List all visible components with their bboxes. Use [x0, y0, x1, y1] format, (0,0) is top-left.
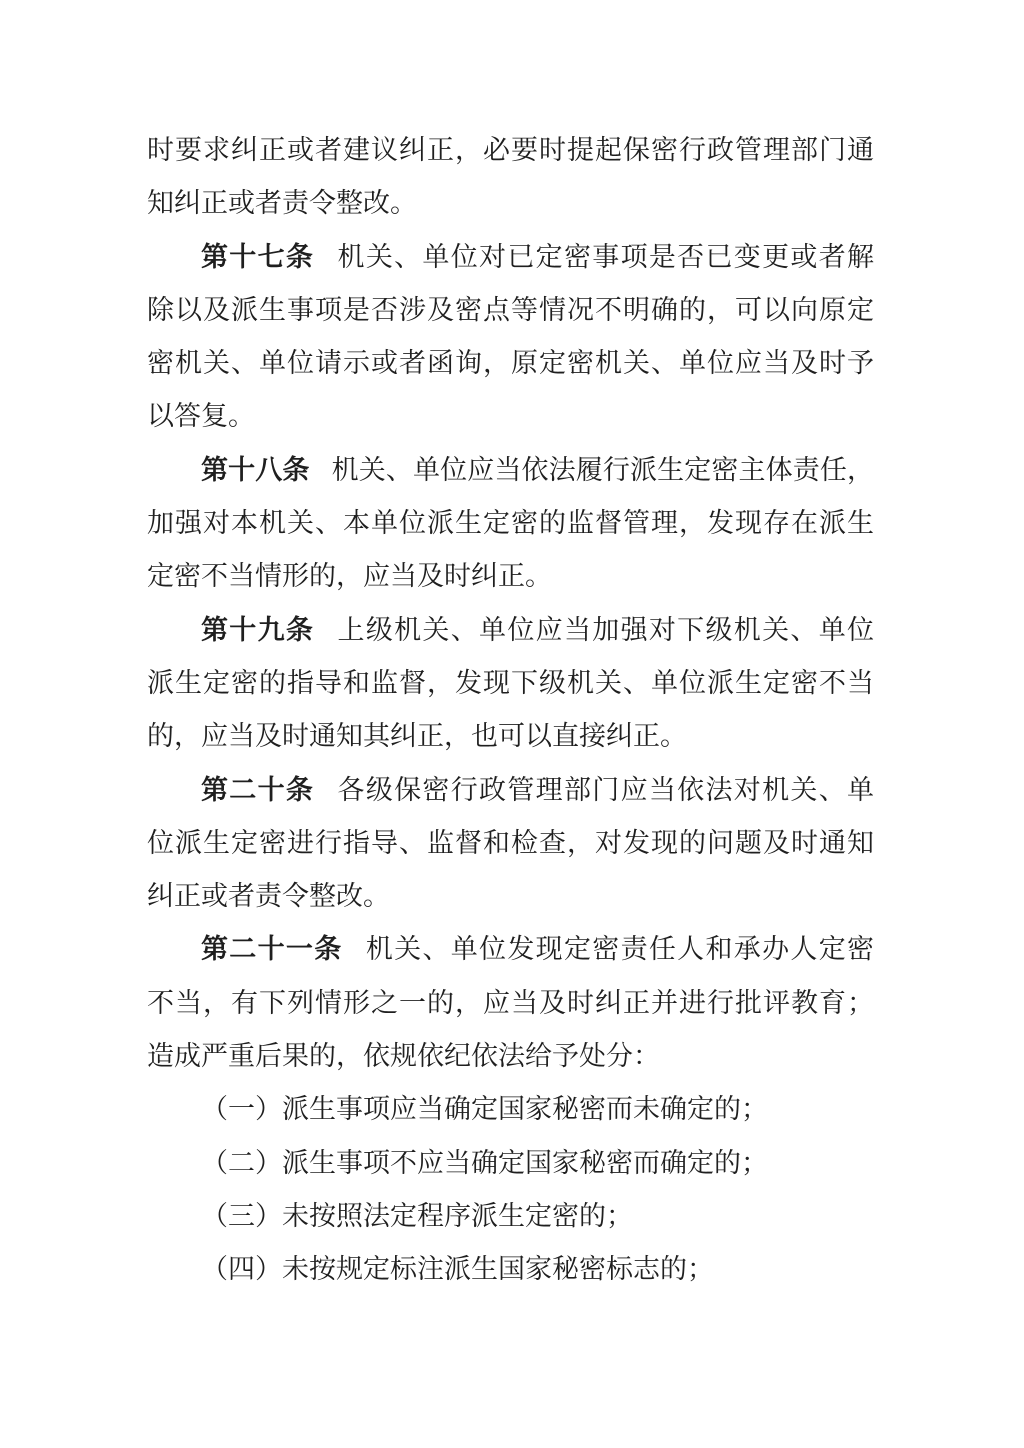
- line-text: 不当，有下列情形之一的，应当及时纠正并进行批评教育；: [147, 988, 874, 1018]
- line-text: 各级保密行政管理部门应当依法对机关、单: [336, 775, 874, 805]
- document-line: 纠正或者责令整改。: [147, 870, 874, 923]
- line-text: （二）派生事项不应当确定国家秘密而确定的；: [201, 1148, 768, 1178]
- article-17: 第十七条机关、单位对已定密事项是否已变更或者解除以及派生事项是否涉及密点等情况不…: [147, 231, 874, 444]
- document-line: 知纠正或者责令整改。: [147, 177, 874, 230]
- article-number-gap: [343, 957, 365, 958]
- document-line: 第二十条各级保密行政管理部门应当依法对机关、单: [147, 764, 874, 817]
- article-20: 第二十条各级保密行政管理部门应当依法对机关、单位派生定密进行指导、监督和检查，对…: [147, 764, 874, 924]
- document-line: （四）未按规定标注派生国家秘密标志的；: [147, 1243, 874, 1296]
- line-text: 机关、单位对已定密事项是否已变更或者解: [336, 242, 874, 272]
- line-text: 的，应当及时通知其纠正，也可以直接纠正。: [147, 721, 687, 751]
- line-text: 时要求纠正或者建议纠正，必要时提起保密行政管理部门通: [147, 135, 874, 165]
- document-line: 不当，有下列情形之一的，应当及时纠正并进行批评教育；: [147, 977, 874, 1030]
- document-line: 定密不当情形的，应当及时纠正。: [147, 550, 874, 603]
- article-number: 第十八条: [201, 455, 310, 485]
- line-text: 机关、单位应当依法履行派生定密主体责任，: [332, 455, 875, 485]
- line-text: 上级机关、单位应当加强对下级机关、单位: [336, 615, 874, 645]
- line-text: 加强对本机关、本单位派生定密的监督管理，发现存在派生: [147, 508, 874, 538]
- document-line: 时要求纠正或者建议纠正，必要时提起保密行政管理部门通: [147, 124, 874, 177]
- line-text: 除以及派生事项是否涉及密点等情况不明确的，可以向原定: [147, 295, 874, 325]
- line-text: 以答复。: [147, 401, 255, 431]
- article-18: 第十八条机关、单位应当依法履行派生定密主体责任，加强对本机关、本单位派生定密的监…: [147, 444, 874, 604]
- document-line: （二）派生事项不应当确定国家秘密而确定的；: [147, 1137, 874, 1190]
- document-line: 第十九条上级机关、单位应当加强对下级机关、单位: [147, 604, 874, 657]
- line-text: 位派生定密进行指导、监督和检查，对发现的问题及时通知: [147, 828, 874, 858]
- document-body: 时要求纠正或者建议纠正，必要时提起保密行政管理部门通知纠正或者责令整改。第十七条…: [147, 124, 874, 1297]
- line-text: 机关、单位发现定密责任人和承办人定密: [365, 934, 874, 964]
- document-line: 位派生定密进行指导、监督和检查，对发现的问题及时通知: [147, 817, 874, 870]
- document-line: （三）未按照法定程序派生定密的；: [147, 1190, 874, 1243]
- line-text: （三）未按照法定程序派生定密的；: [201, 1201, 633, 1231]
- line-text: 知纠正或者责令整改。: [147, 188, 417, 218]
- document-line: 密机关、单位请示或者函询，原定密机关、单位应当及时予: [147, 337, 874, 390]
- document-line: 第十八条机关、单位应当依法履行派生定密主体责任，: [147, 444, 874, 497]
- line-text: 派生定密的指导和监督，发现下级机关、单位派生定密不当: [147, 668, 874, 698]
- document-line: 派生定密的指导和监督，发现下级机关、单位派生定密不当: [147, 657, 874, 710]
- document-line: 除以及派生事项是否涉及密点等情况不明确的，可以向原定: [147, 284, 874, 337]
- document-line: 第十七条机关、单位对已定密事项是否已变更或者解: [147, 231, 874, 284]
- list-item-2: （二）派生事项不应当确定国家秘密而确定的；: [147, 1137, 874, 1190]
- article-19: 第十九条上级机关、单位应当加强对下级机关、单位派生定密的指导和监督，发现下级机关…: [147, 604, 874, 764]
- document-line: 第二十一条机关、单位发现定密责任人和承办人定密: [147, 923, 874, 976]
- line-text: 纠正或者责令整改。: [147, 881, 390, 911]
- article-number: 第二十一条: [201, 934, 343, 964]
- article-number-gap: [314, 265, 336, 266]
- document-line: 造成严重后果的，依规依纪依法给予处分：: [147, 1030, 874, 1083]
- line-text: 密机关、单位请示或者函询，原定密机关、单位应当及时予: [147, 348, 874, 378]
- line-text: （四）未按规定标注派生国家秘密标志的；: [201, 1254, 714, 1284]
- line-text: 造成严重后果的，依规依纪依法给予处分：: [147, 1041, 660, 1071]
- list-item-1: （一）派生事项应当确定国家秘密而未确定的；: [147, 1083, 874, 1136]
- article-number-gap: [310, 478, 332, 479]
- article-number-gap: [314, 638, 336, 639]
- document-line: 加强对本机关、本单位派生定密的监督管理，发现存在派生: [147, 497, 874, 550]
- list-item-4: （四）未按规定标注派生国家秘密标志的；: [147, 1243, 874, 1296]
- line-text: 定密不当情形的，应当及时纠正。: [147, 561, 552, 591]
- paragraph-continuation: 时要求纠正或者建议纠正，必要时提起保密行政管理部门通知纠正或者责令整改。: [147, 124, 874, 231]
- article-number: 第十九条: [201, 615, 314, 645]
- article-number-gap: [314, 798, 336, 799]
- document-line: 以答复。: [147, 390, 874, 443]
- article-21: 第二十一条机关、单位发现定密责任人和承办人定密不当，有下列情形之一的，应当及时纠…: [147, 923, 874, 1083]
- document-line: 的，应当及时通知其纠正，也可以直接纠正。: [147, 710, 874, 763]
- document-page: 时要求纠正或者建议纠正，必要时提起保密行政管理部门通知纠正或者责令整改。第十七条…: [0, 0, 1024, 1448]
- article-number: 第十七条: [201, 242, 314, 272]
- list-item-3: （三）未按照法定程序派生定密的；: [147, 1190, 874, 1243]
- line-text: （一）派生事项应当确定国家秘密而未确定的；: [201, 1094, 768, 1124]
- article-number: 第二十条: [201, 775, 314, 805]
- document-line: （一）派生事项应当确定国家秘密而未确定的；: [147, 1083, 874, 1136]
